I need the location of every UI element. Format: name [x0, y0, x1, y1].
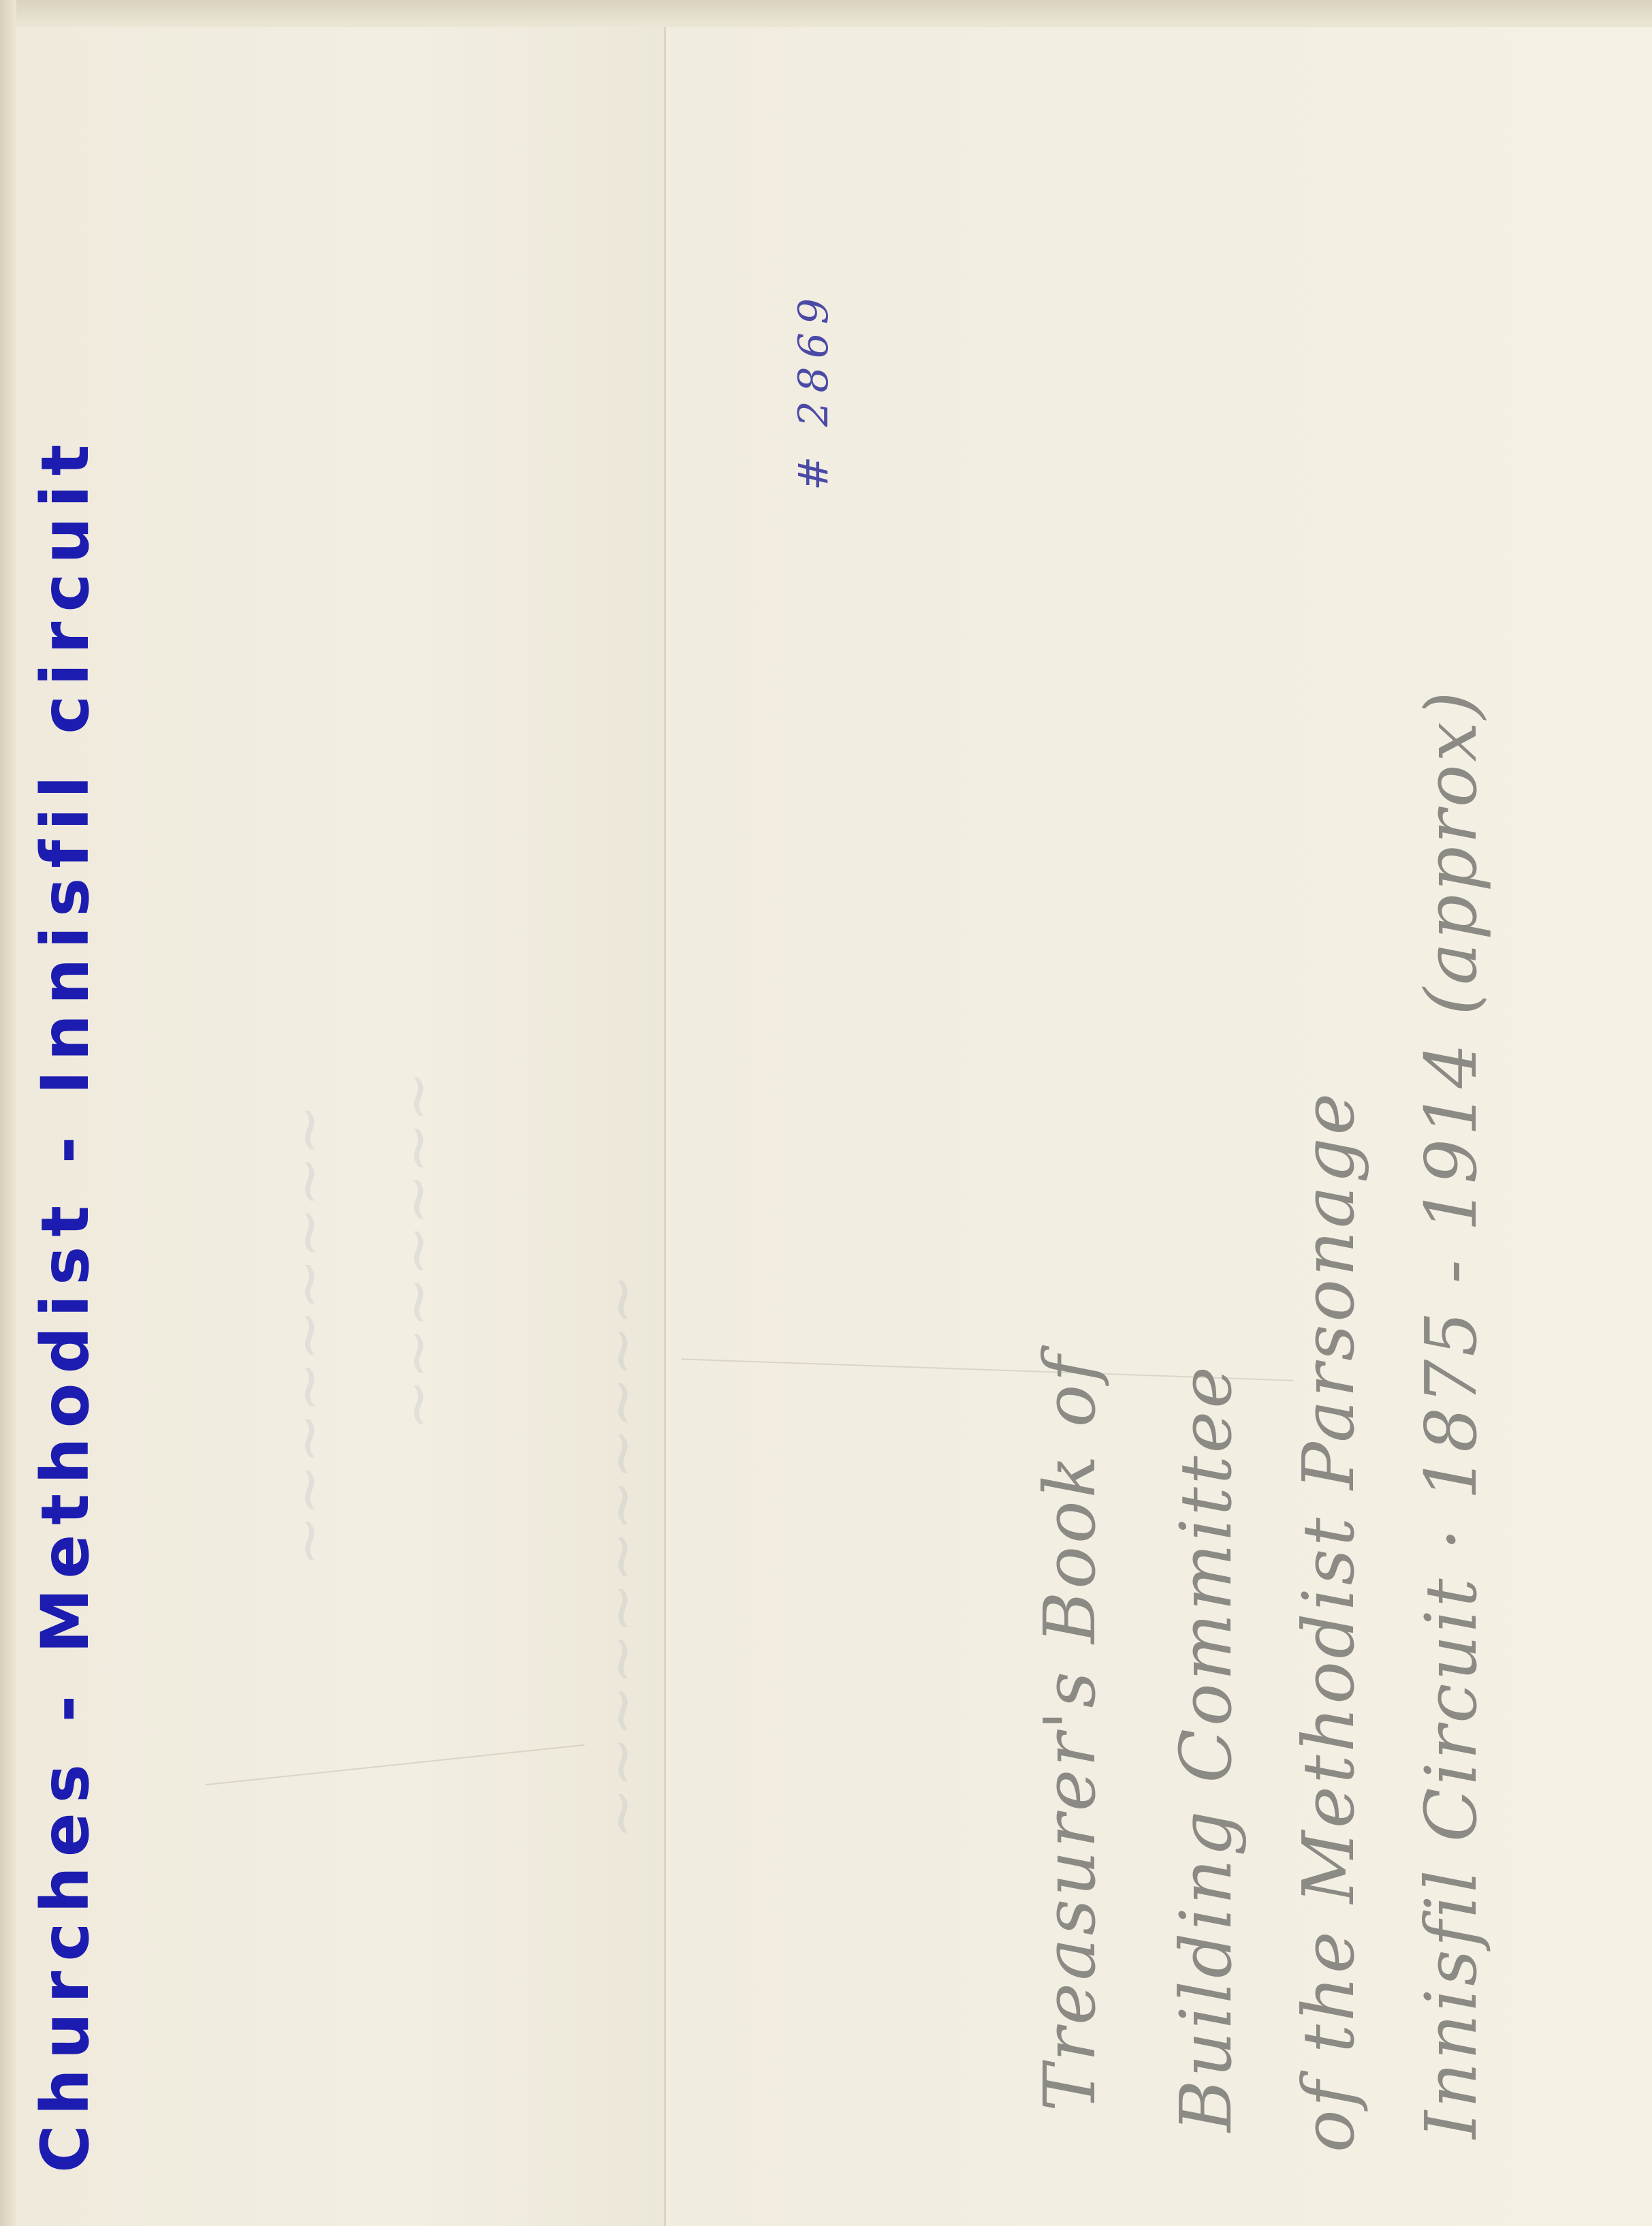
- bleed-through-text: ~~~~~~~~~~~: [586, 1274, 657, 1839]
- top-edge: [0, 0, 1652, 27]
- pencil-note-line-2: Building Committee: [1164, 1364, 1248, 2132]
- bleed-through-text: ~~~~~~~~~: [272, 1104, 344, 1567]
- spine-label: Churches - Methodist - Innisfil circuit: [27, 435, 104, 2174]
- pencil-note-line-3: of the Methodist Parsonage: [1287, 1091, 1370, 2152]
- accession-number: # 2869: [790, 290, 838, 490]
- fold-line: [664, 27, 666, 2226]
- pencil-note-line-4: Innisfil Circuit · 1875 - 1914 (approx): [1410, 689, 1493, 2139]
- left-edge: [0, 0, 16, 2226]
- pencil-note-line-1: Treasurer's Book of: [1028, 1353, 1111, 2112]
- bleed-through-text: ~~~~~~~: [381, 1071, 453, 1430]
